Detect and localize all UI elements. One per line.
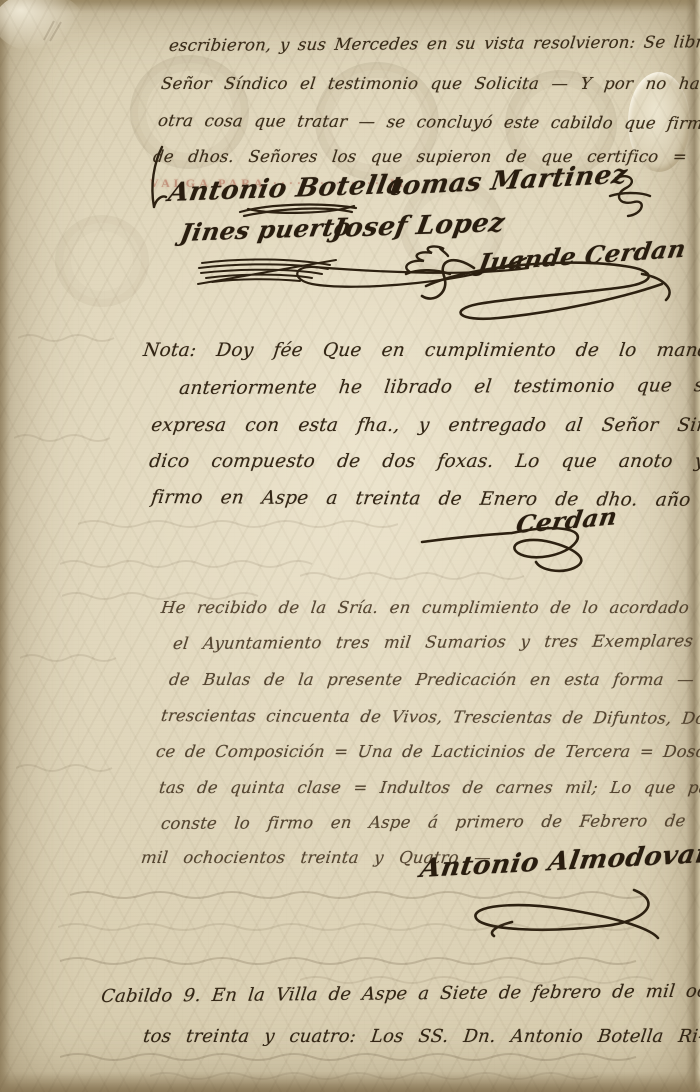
manuscript-line: el Ayuntamiento tres mil Sumarios y tres… — [172, 631, 700, 653]
manuscript-line: conste lo firmo en Aspe á primero de Feb… — [160, 811, 687, 833]
signature-josef-lopez: Josef Lopez — [330, 208, 507, 244]
manuscript-line: de Bulas de la presente Predicación en e… — [168, 670, 700, 689]
manuscript-page: VALGA PARA ···· ···· ···· II escribieron… — [0, 0, 700, 1092]
signature-tomas-martinez: tomas Martinez — [388, 160, 630, 202]
ink-bleedthrough — [78, 516, 398, 530]
ink-bleedthrough — [18, 330, 128, 344]
manuscript-line: anteriormente he librado el testimonio q… — [178, 375, 700, 399]
manuscript-line: trescientas cincuenta de Vivos, Trescien… — [160, 706, 700, 728]
manuscript-line: ce de Composición = Una de Lacticinios d… — [155, 742, 700, 761]
manuscript-line: otra cosa que tratar — se concluyó este … — [157, 111, 700, 133]
manuscript-line: escribieron, y sus Mercedes en su vista … — [168, 32, 700, 55]
manuscript-line: Señor Síndico el testimonio que Solicita… — [160, 74, 700, 93]
ink-bleedthrough — [60, 1048, 660, 1064]
ink-bleedthrough — [70, 886, 650, 902]
ink-bleedthrough — [62, 588, 262, 602]
pen-stroke — [146, 145, 168, 211]
manuscript-line: Nota: Doy fée Que en cumplimiento de lo … — [142, 340, 700, 361]
paper-edge-right — [686, 0, 700, 1092]
ink-bleedthrough — [16, 760, 126, 774]
manuscript-line: expresa con esta fha., y entregado al Se… — [150, 415, 700, 436]
manuscript-line: dico compuesto de dos foxas. Lo que anot… — [148, 451, 700, 472]
seal-bleedthrough-circle — [55, 215, 149, 307]
signature-grand-flourish — [414, 252, 686, 330]
ink-bleedthrough — [14, 430, 124, 444]
signature-rubric — [606, 172, 652, 220]
manuscript-line: tas de quinta clase = Indultos de carnes… — [158, 778, 700, 797]
paper-edge-left — [0, 0, 10, 1092]
paper-edge-top — [0, 0, 700, 12]
ink-bleedthrough — [300, 568, 540, 582]
ink-bleedthrough — [60, 952, 660, 968]
signature-antonio-almodovar: Antonio Almodovar — [418, 839, 700, 884]
ink-bleedthrough — [58, 918, 648, 934]
ink-bleedthrough — [60, 556, 320, 570]
ink-bleedthrough — [150, 1068, 610, 1082]
ink-bleedthrough — [300, 972, 660, 986]
ink-bleedthrough — [20, 650, 130, 664]
signature-jines-puerto: Jines puerto — [178, 212, 353, 247]
manuscript-line: tos treinta y cuatro: Los SS. Dn. Antoni… — [142, 1026, 700, 1047]
pencil-mark — [38, 18, 66, 44]
